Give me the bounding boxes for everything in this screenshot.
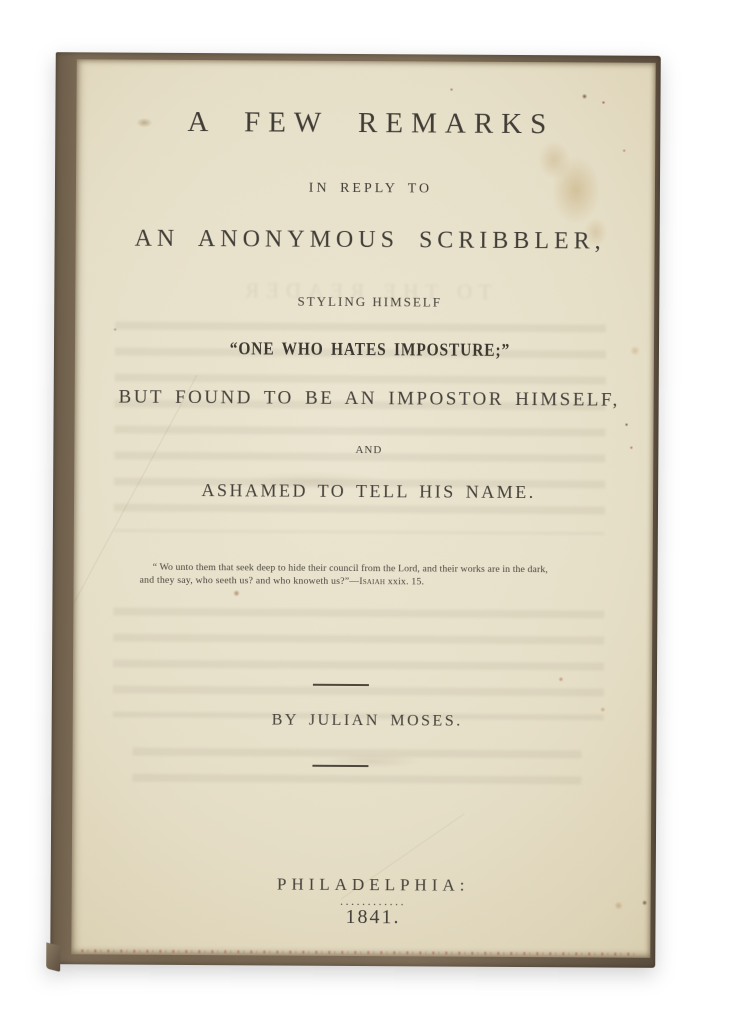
epigraph-citation-book: Isaiah <box>359 576 385 587</box>
line-but-found: BUT FOUND TO BE AN IMPOSTOR HIMSELF, <box>85 386 654 411</box>
printers-rule-bottom <box>312 765 368 767</box>
printers-rule-top <box>312 684 368 686</box>
book: TO THE READER A FEW REMARKS IN REPLY TO … <box>50 52 661 968</box>
scripture-epigraph: “ Wo unto them that seek deep to hide th… <box>140 562 618 590</box>
epigraph-citation-verse: xxix. 15. <box>385 576 424 587</box>
title-page-content: A FEW REMARKS IN REPLY TO AN ANONYMOUS S… <box>71 59 655 958</box>
subtitle-anonymous-scribbler: AN ANONYMOUS SCRIBBLER, <box>86 225 655 255</box>
line-and: AND <box>84 442 653 457</box>
line-epithet: “ONE WHO HATES IMPOSTURE;” <box>85 337 654 361</box>
epigraph-line-2-text: and they say, who seeth us? and who know… <box>140 574 360 586</box>
main-title: A FEW REMARKS <box>86 105 655 141</box>
line-styling-himself: STYLING HIMSELF <box>85 292 654 311</box>
subtitle-in-reply-to: IN REPLY TO <box>86 179 655 198</box>
photo-background: TO THE READER A FEW REMARKS IN REPLY TO … <box>0 0 731 1024</box>
epithet-text: “ONE WHO HATES IMPOSTURE;” <box>229 338 509 361</box>
line-ashamed: ASHAMED TO TELL HIS NAME. <box>84 479 653 503</box>
byline: BY JULIAN MOSES. <box>83 710 652 731</box>
title-page: TO THE READER A FEW REMARKS IN REPLY TO … <box>71 59 655 958</box>
imprint-year: 1841. <box>95 904 650 930</box>
